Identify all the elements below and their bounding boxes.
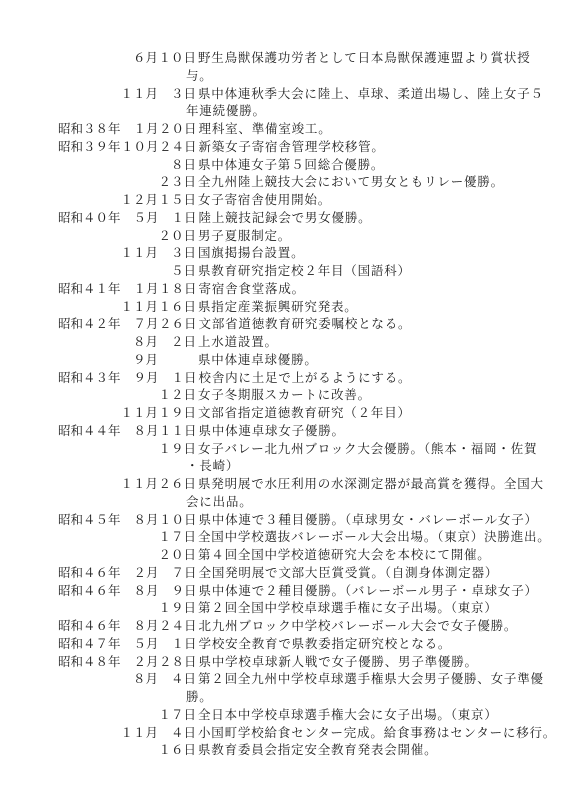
- entry-text: 国旗掲揚台設置。: [186, 244, 563, 262]
- timeline-entry: 昭和４６年２月７日全国発明展で文部大臣賞受賞。（自測身体測定器）: [58, 564, 563, 582]
- entry-text: 県発明展で水圧利用の水深測定器が最高賞を獲得。全国大 会に出品。: [186, 475, 563, 511]
- entry-text: 県中体連秋季大会に陸上、卓球、柔道出場し、陸上女子５ 年連続優勝。: [186, 85, 563, 121]
- entry-text: 小国町学校給食センター完成。給食事務はセンターに移行。: [186, 724, 563, 742]
- entry-text: 男子夏服制定。: [186, 227, 563, 245]
- entry-text: 第２回全国中学校卓球選手権に女子出場。（東京）: [186, 599, 563, 617]
- entry-month: １１月: [120, 298, 158, 316]
- entry-month: ７月: [121, 315, 159, 333]
- timeline-entry: 昭和４６年８月９日県中体連で２種目優勝。（バレーボール男子・卓球女子）: [58, 582, 563, 600]
- timeline-entry: １２月１５日女子寄宿舎使用開始。: [58, 191, 563, 209]
- timeline-entry: １９日第２回全国中学校卓球選手権に女子出場。（東京）: [58, 599, 563, 617]
- entry-month: １１月: [120, 404, 158, 422]
- timeline-entry: 昭和３８年１月２０日理科室、準備室竣工。: [58, 120, 563, 138]
- entry-month: ６月: [120, 49, 158, 67]
- timeline-entry: 昭和４６年８月２４日北九州ブロック中学校バレーボール大会で女子優勝。: [58, 617, 563, 635]
- chronology-list: ６月１０日野生鳥獣保護功労者として日本鳥獣保護連盟より賞状授 与。１１月３日県中…: [58, 49, 563, 759]
- entry-month: ９月: [121, 369, 159, 387]
- entry-text: 県中体連で２種目優勝。（バレーボール男子・卓球女子）: [187, 582, 563, 600]
- entry-text: 女子バレー北九州ブロック大会優勝。（熊本・福岡・佐賀 ・長崎）: [186, 440, 563, 476]
- entry-text: 全国中学校選抜バレーボール大会出場。（東京）決勝進出。: [186, 528, 563, 546]
- timeline-entry: ８月２日上水道設置。: [58, 333, 563, 351]
- timeline-entry: １１月１６日県指定産業振興研究発表。: [58, 298, 563, 316]
- entry-year: 昭和４５年: [58, 511, 121, 529]
- entry-year: 昭和４０年: [58, 209, 121, 227]
- entry-text: 文部省指定道徳教育研究（２年目）: [186, 404, 563, 422]
- timeline-entry: １１月３日国旗掲揚台設置。: [58, 244, 563, 262]
- timeline-entry: ２０日第４回全国中学校道徳研究大会を本校にて開催。: [58, 546, 563, 564]
- entry-text: 第４回全国中学校道徳研究大会を本校にて開催。: [186, 546, 563, 564]
- entry-year: 昭和４２年: [58, 315, 121, 333]
- timeline-entry: １１月１９日文部省指定道徳教育研究（２年目）: [58, 404, 563, 422]
- entry-text: 県中学校卓球新人戦で女子優勝、男子準優勝。: [187, 653, 563, 671]
- entry-month: ８月: [121, 511, 159, 529]
- entry-month: １１月: [120, 244, 158, 262]
- entry-text: 第２回全九州中学校卓球選手権県大会男子優勝、女子準優 勝。: [186, 670, 563, 706]
- entry-year: 昭和４４年: [58, 422, 121, 440]
- timeline-entry: １１月３日県中体連秋季大会に陸上、卓球、柔道出場し、陸上女子５ 年連続優勝。: [58, 85, 563, 121]
- timeline-entry: 昭和４１年１月１８日寄宿舎食堂落成。: [58, 280, 563, 298]
- entry-month: １１月: [120, 475, 158, 493]
- entry-text: 女子寄宿舎使用開始。: [186, 191, 563, 209]
- timeline-entry: ５日県教育研究指定校２年目（国語科）: [58, 262, 563, 280]
- entry-text: 北九州ブロック中学校バレーボール大会で女子優勝。: [187, 617, 563, 635]
- entry-month: １１月: [120, 85, 158, 103]
- entry-month: ８月: [120, 670, 158, 688]
- entry-text: 新築女子寄宿舎管理学校移管。: [187, 138, 563, 156]
- timeline-entry: １１月２６日県発明展で水圧利用の水深測定器が最高賞を獲得。全国大 会に出品。: [58, 475, 563, 511]
- entry-text: 県教育委員会指定安全教育発表会開催。: [186, 741, 563, 759]
- timeline-entry: 昭和４４年８月１１日県中体連卓球女子優勝。: [58, 422, 563, 440]
- entry-text: 全国発明展で文部大臣賞受賞。（自測身体測定器）: [187, 564, 563, 582]
- entry-text: 全九州陸上競技大会において男女ともリレー優勝。: [186, 173, 563, 191]
- entry-year: 昭和４３年: [58, 369, 121, 387]
- timeline-entry: １７日全国中学校選抜バレーボール大会出場。（東京）決勝進出。: [58, 528, 563, 546]
- timeline-entry: １２日女子冬期服スカートに改善。: [58, 386, 563, 404]
- entry-month: ９月: [120, 351, 158, 369]
- timeline-entry: １９日女子バレー北九州ブロック大会優勝。（熊本・福岡・佐賀 ・長崎）: [58, 440, 563, 476]
- entry-year: 昭和４７年: [58, 635, 121, 653]
- entry-text: 県中体連卓球女子優勝。: [187, 422, 563, 440]
- timeline-entry: ８日県中体連女子第５回総合優勝。: [58, 156, 563, 174]
- timeline-entry: ２０日男子夏服制定。: [58, 227, 563, 245]
- entry-text: 野生鳥獣保護功労者として日本鳥獣保護連盟より賞状授 与。: [186, 49, 563, 85]
- entry-month: ８月: [121, 617, 159, 635]
- timeline-entry: 昭和４５年８月１０日県中体連で３種目優勝。（卓球男女・バレーボール女子）: [58, 511, 563, 529]
- entry-month: １月: [121, 120, 159, 138]
- timeline-entry: １６日県教育委員会指定安全教育発表会開催。: [58, 741, 563, 759]
- timeline-entry: １１月４日小国町学校給食センター完成。給食事務はセンターに移行。: [58, 724, 563, 742]
- entry-year: 昭和４６年: [58, 564, 121, 582]
- timeline-entry: 昭和４８年２月２８日県中学校卓球新人戦で女子優勝、男子準優勝。: [58, 653, 563, 671]
- entry-text: 学校安全教育で県教委指定研究校となる。: [187, 635, 563, 653]
- entry-month: ５月: [121, 635, 159, 653]
- timeline-entry: ８月４日第２回全九州中学校卓球選手権県大会男子優勝、女子準優 勝。: [58, 670, 563, 706]
- timeline-entry: ２３日全九州陸上競技大会において男女ともリレー優勝。: [58, 173, 563, 191]
- entry-month: ８月: [121, 582, 159, 600]
- entry-year: 昭和３９年: [58, 138, 121, 156]
- entry-month: ５月: [121, 209, 159, 227]
- entry-text: 寄宿舎食堂落成。: [187, 280, 563, 298]
- entry-text: 文部省道徳教育研究委嘱校となる。: [187, 315, 563, 333]
- document-page: ６月１０日野生鳥獣保護功労者として日本鳥獣保護連盟より賞状授 与。１１月３日県中…: [0, 0, 565, 800]
- entry-month: ２月: [121, 653, 159, 671]
- entry-month: ８月: [121, 422, 159, 440]
- entry-month: ８月: [120, 333, 158, 351]
- entry-text: 理科室、準備室竣工。: [187, 120, 563, 138]
- entry-month: １０月: [121, 138, 159, 156]
- entry-year: 昭和３８年: [58, 120, 121, 138]
- timeline-entry: １７日全日本中学校卓球選手権大会に女子出場。（東京）: [58, 706, 563, 724]
- entry-month: １月: [121, 280, 159, 298]
- timeline-entry: 昭和４２年７月２６日文部省道徳教育研究委嘱校となる。: [58, 315, 563, 333]
- entry-text: 県中体連で３種目優勝。（卓球男女・バレーボール女子）: [187, 511, 563, 529]
- entry-text: 県指定産業振興研究発表。: [186, 298, 563, 316]
- entry-text: 上水道設置。: [186, 333, 563, 351]
- entry-text: 全日本中学校卓球選手権大会に女子出場。（東京）: [186, 706, 563, 724]
- entry-text: 女子冬期服スカートに改善。: [186, 386, 563, 404]
- entry-year: 昭和４６年: [58, 582, 121, 600]
- entry-year: 昭和４１年: [58, 280, 121, 298]
- entry-text: 校舎内に土足で上がるようにする。: [187, 369, 563, 387]
- entry-year: 昭和４６年: [58, 617, 121, 635]
- timeline-entry: ６月１０日野生鳥獣保護功労者として日本鳥獣保護連盟より賞状授 与。: [58, 49, 563, 85]
- entry-month: １１月: [120, 724, 158, 742]
- entry-text: 県中体連卓球優勝。: [186, 351, 563, 369]
- timeline-entry: 昭和４７年５月１日学校安全教育で県教委指定研究校となる。: [58, 635, 563, 653]
- entry-month: １２月: [120, 191, 158, 209]
- timeline-entry: 昭和４０年５月１日陸上競技記録会で男女優勝。: [58, 209, 563, 227]
- entry-text: 陸上競技記録会で男女優勝。: [187, 209, 563, 227]
- entry-year: 昭和４８年: [58, 653, 121, 671]
- timeline-entry: ９月県中体連卓球優勝。: [58, 351, 563, 369]
- timeline-entry: 昭和４３年９月１日校舎内に土足で上がるようにする。: [58, 369, 563, 387]
- entry-text: 県中体連女子第５回総合優勝。: [186, 156, 563, 174]
- entry-month: ２月: [121, 564, 159, 582]
- timeline-entry: 昭和３９年１０月２４日新築女子寄宿舎管理学校移管。: [58, 138, 563, 156]
- entry-text: 県教育研究指定校２年目（国語科）: [186, 262, 563, 280]
